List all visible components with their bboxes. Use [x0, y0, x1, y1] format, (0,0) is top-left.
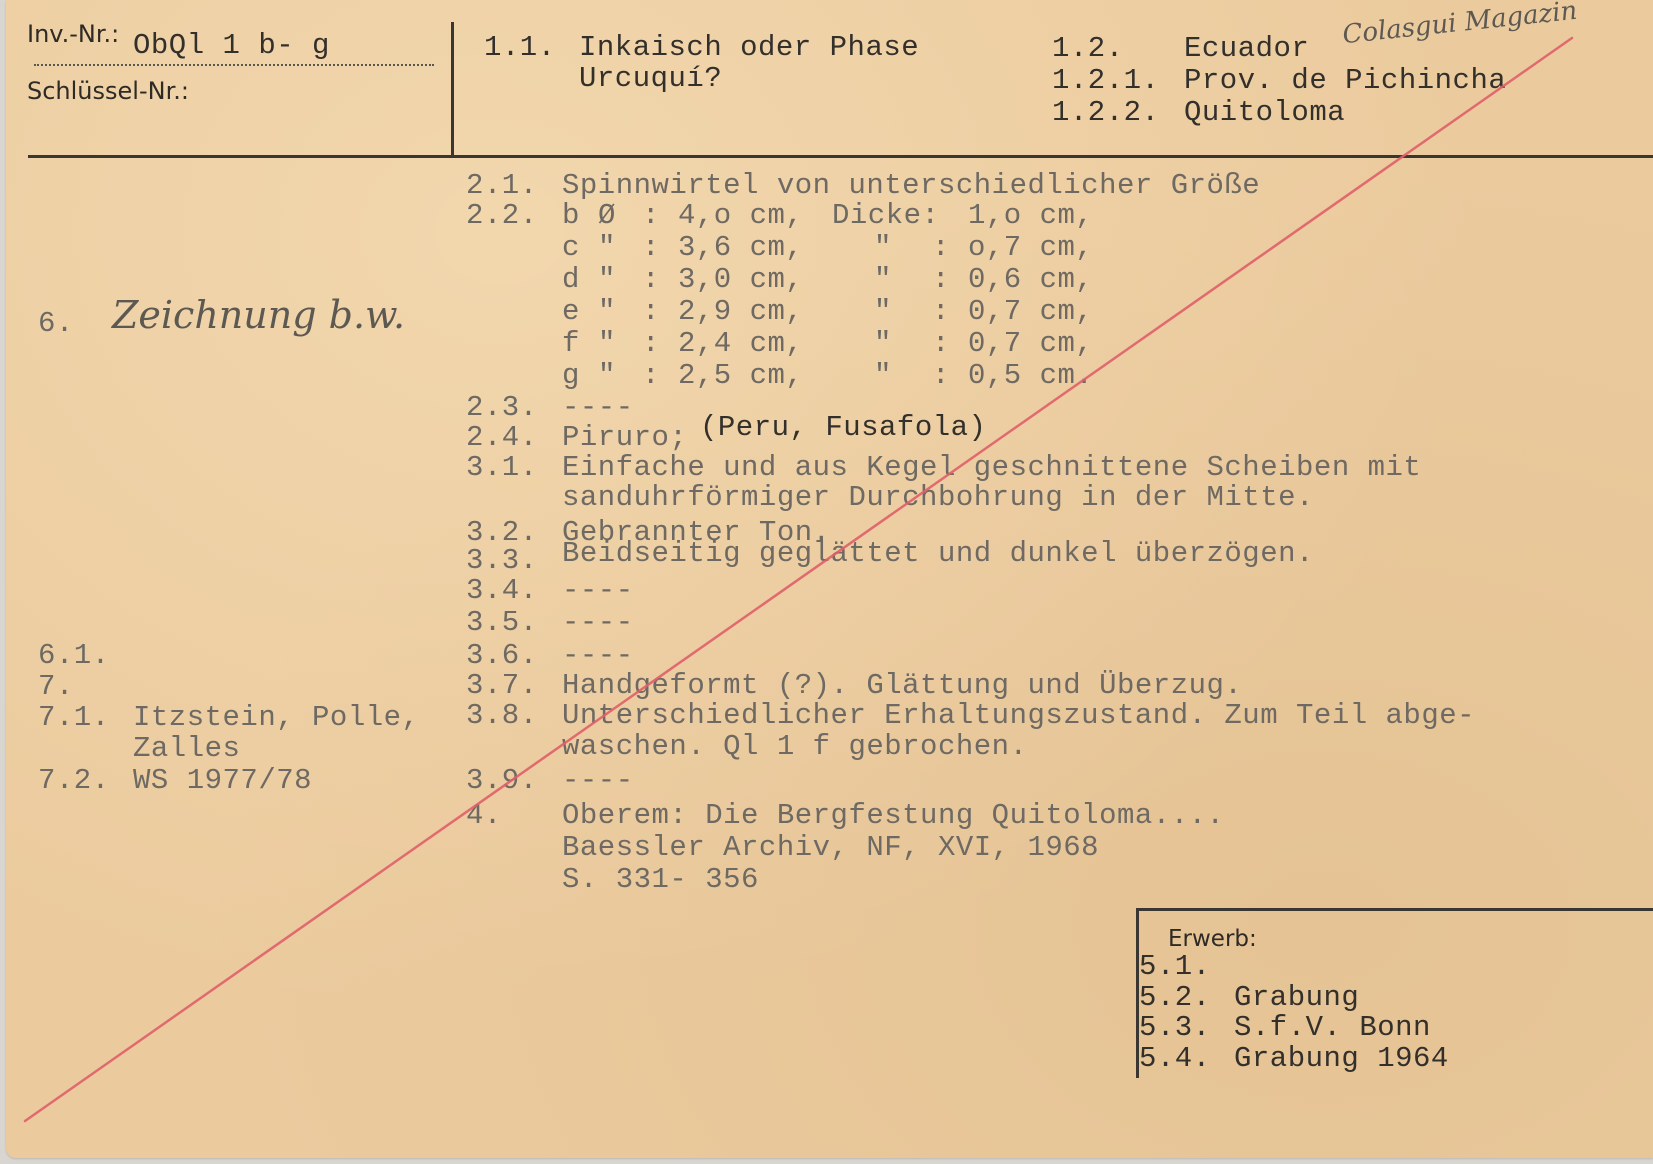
- item-4-line1: Oberem: Die Bergfestung Quitoloma....: [562, 800, 1224, 832]
- item-5-4-number: 5.4.: [1139, 1043, 1211, 1075]
- inv-nr-label: Inv.-Nr.:: [27, 20, 119, 48]
- row-thick-label: ": [874, 296, 892, 328]
- item-3-8-number: 3.8.: [466, 700, 538, 732]
- item-3-4-number: 3.4.: [466, 575, 538, 607]
- row-letter: g: [562, 360, 580, 392]
- item-5-4-value: Grabung 1964: [1234, 1043, 1449, 1075]
- item-7-1-number: 7.1.: [38, 702, 110, 734]
- item-5-2-value: Grabung: [1234, 982, 1359, 1014]
- item-2-4-value: Piruro;: [562, 422, 687, 454]
- row-thickness: o,7 cm,: [968, 232, 1093, 264]
- item-2-2-number: 2.2.: [466, 200, 538, 232]
- item-3-8-line1: Unterschiedlicher Erhaltungszustand. Zum…: [562, 700, 1475, 732]
- row-symbol: ": [598, 232, 616, 264]
- row-thick-label: ": [874, 232, 892, 264]
- item-2-1-number: 2.1.: [466, 170, 538, 202]
- item-3-1-line1: Einfache und aus Kegel geschnittene Sche…: [562, 452, 1421, 484]
- header-horizontal-divider: [28, 155, 1653, 158]
- item-3-5-number: 3.5.: [466, 607, 538, 639]
- row-symbol: ": [598, 328, 616, 360]
- row-diameter: 3,0 cm,: [678, 264, 803, 296]
- row-letter: b: [562, 200, 580, 232]
- item-3-3-value: Beidseitig geglättet und dunkel überzöge…: [562, 538, 1314, 570]
- row-thickness: 0,7 cm,: [968, 296, 1093, 328]
- row-letter: d: [562, 264, 580, 296]
- item-1-2-number: 1.2.: [1052, 33, 1124, 65]
- catalog-card: Inv.-Nr.: ObQl 1 b- g Schlüssel-Nr.: 1.1…: [6, 0, 1653, 1158]
- acquisition-top-rule: [1136, 908, 1653, 911]
- item-5-3-value: S.f.V. Bonn: [1234, 1012, 1431, 1044]
- inv-nr-dotted-line: [34, 64, 434, 66]
- item-6-number: 6.: [38, 308, 74, 340]
- item-3-9-number: 3.9.: [466, 765, 538, 797]
- row-letter: f: [562, 328, 580, 360]
- row-thickness: 0,6 cm,: [968, 264, 1093, 296]
- row-thick-label: ": [874, 328, 892, 360]
- row-thickness: 1,o cm,: [968, 200, 1093, 232]
- item-2-3-number: 2.3.: [466, 392, 538, 424]
- row-thick-label: Dicke:: [832, 200, 939, 232]
- item-3-1-number: 3.1.: [466, 452, 538, 484]
- item-4-line3: S. 331- 356: [562, 864, 759, 896]
- row-diameter: 4,o cm,: [678, 200, 803, 232]
- item-3-6-value: ----: [562, 640, 634, 672]
- row-letter: c: [562, 232, 580, 264]
- row-diameter: 2,4 cm,: [678, 328, 803, 360]
- row-diameter: 2,9 cm,: [678, 296, 803, 328]
- item-1-2-2-value: Quitoloma: [1184, 97, 1345, 129]
- row-symbol: ": [598, 360, 616, 392]
- row-letter: e: [562, 296, 580, 328]
- row-thickness: 0,7 cm,: [968, 328, 1093, 360]
- row-diameter: 2,5 cm,: [678, 360, 803, 392]
- item-1-1-line1: Inkaisch oder Phase: [579, 32, 919, 64]
- item-1-2-value: Ecuador: [1184, 33, 1309, 65]
- inv-nr-value: ObQl 1 b- g: [133, 30, 330, 62]
- item-1-1-number: 1.1.: [484, 32, 556, 64]
- item-3-1-line2: sanduhrförmiger Durchbohrung in der Mitt…: [562, 482, 1314, 514]
- item-6-1-number: 6.1.: [38, 640, 110, 672]
- row-thick-label: ": [874, 360, 892, 392]
- item-5-2-number: 5.2.: [1139, 982, 1211, 1014]
- item-3-4-value: ----: [562, 575, 634, 607]
- schluessel-nr-label: Schlüssel-Nr.:: [27, 77, 189, 105]
- item-5-3-number: 5.3.: [1139, 1012, 1211, 1044]
- row-symbol: ": [598, 264, 616, 296]
- item-2-4-number: 2.4.: [466, 422, 538, 454]
- item-4-number: 4.: [466, 800, 502, 832]
- item-6-handwritten: Zeichnung b.w.: [112, 293, 405, 337]
- item-3-9-value: ----: [562, 765, 634, 797]
- item-4-line2: Baessler Archiv, NF, XVI, 1968: [562, 832, 1099, 864]
- item-2-1-value: Spinnwirtel von unterschiedlicher Größe: [562, 170, 1260, 202]
- item-7-2-value: WS 1977/78: [133, 765, 312, 797]
- item-3-7-number: 3.7.: [466, 670, 538, 702]
- item-3-8-line2: waschen. Ql 1 f gebrochen.: [562, 731, 1027, 763]
- item-1-1-line2: Urcuquí?: [579, 63, 722, 95]
- erwerb-label: Erwerb:: [1168, 926, 1257, 952]
- item-1-2-2-number: 1.2.2.: [1052, 97, 1159, 129]
- item-1-2-1-number: 1.2.1.: [1052, 65, 1159, 97]
- handwritten-note-magazin: Colasgui Magazin: [1341, 0, 1579, 50]
- item-3-3-number: 3.3.: [466, 545, 538, 577]
- item-2-3-value: ----: [562, 392, 634, 424]
- row-symbol: ": [598, 296, 616, 328]
- item-3-5-value: ----: [562, 607, 634, 639]
- item-7-number: 7.: [38, 671, 74, 703]
- item-7-2-number: 7.2.: [38, 765, 110, 797]
- row-symbol: Ø: [598, 200, 616, 232]
- item-7-1-line1: Itzstein, Polle,: [133, 702, 419, 734]
- item-7-1-line2: Zalles: [133, 733, 240, 765]
- item-1-2-1-value: Prov. de Pichincha: [1184, 65, 1506, 97]
- row-diameter: 3,6 cm,: [678, 232, 803, 264]
- item-3-7-value: Handgeformt (?). Glättung und Überzug.: [562, 670, 1242, 702]
- row-thickness: 0,5 cm.: [968, 360, 1093, 392]
- item-3-6-number: 3.6.: [466, 640, 538, 672]
- row-thick-label: ": [874, 264, 892, 296]
- item-5-1-number: 5.1.: [1139, 951, 1211, 983]
- header-vertical-divider: [451, 22, 454, 155]
- item-2-4-parenthetical: (Peru, Fusafola): [700, 412, 986, 444]
